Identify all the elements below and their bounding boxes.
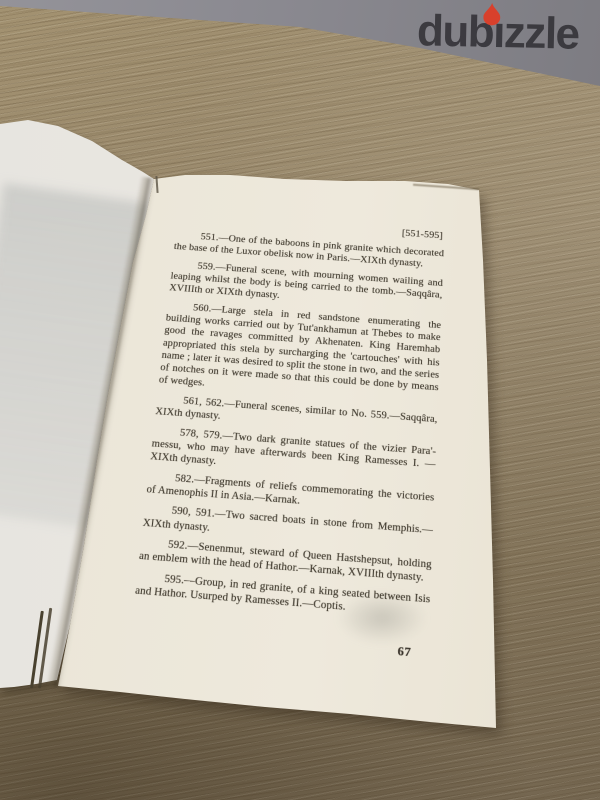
page-text-block: [551-595] 551.—One of the baboons in pin… bbox=[130, 212, 445, 662]
watermark-part-after: zzle bbox=[503, 8, 579, 59]
listing-photo: [551-595] 551.—One of the baboons in pin… bbox=[0, 0, 600, 800]
dubizzle-watermark: dubızzle bbox=[417, 9, 579, 56]
catalog-entry-560: 560.—Large stela in red sandstone enumer… bbox=[158, 300, 441, 407]
flame-icon bbox=[483, 2, 500, 26]
watermark-part-before: dub bbox=[417, 6, 494, 57]
